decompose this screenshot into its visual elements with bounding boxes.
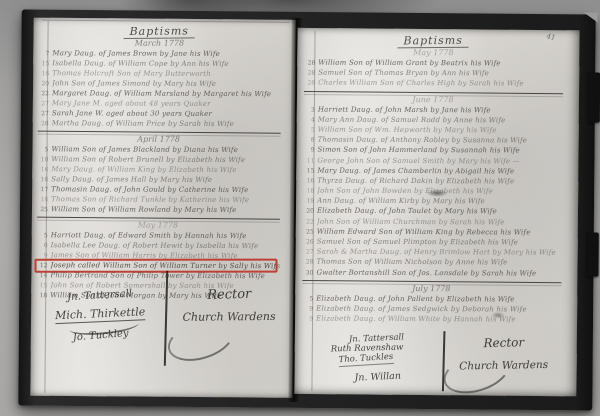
register-entry: 28Thomas Son of William Nicholson by Ann… — [302, 257, 562, 268]
role-label-rector: Rector — [173, 286, 285, 304]
entry-day-number: 9 — [301, 315, 316, 325]
signature: Jn. Willan — [354, 372, 401, 384]
entry-text: Elizabeth Daug. of John Toulet by Mary h… — [317, 206, 562, 217]
entry-text: George John Son of Samuel Smith by Mary … — [317, 155, 562, 166]
role-label-church-wardens: Church Wardens — [173, 310, 285, 324]
signature: Jn. Tattersall — [67, 288, 133, 304]
signature-column: Jn. Tattersall Mich. Thirkettle Jo. Tuck… — [55, 268, 173, 269]
section-rule-line — [302, 280, 561, 283]
attestation-block: Jn. Tattersall Ruth Ravenshaw Tho. Tuckl… — [324, 330, 561, 394]
register-entry: 25William Son of William Rowland by Mary… — [36, 204, 280, 215]
register-book: Baptisms March 1778 7Mary Daug. of James… — [18, 10, 595, 411]
signature: Tho. Tuckles — [338, 353, 393, 367]
right-page-content: Baptisms May 1778 28William Son of Willi… — [295, 28, 580, 326]
section-rule-line — [38, 131, 281, 134]
signature-divider-line — [164, 271, 168, 366]
entry-text: Thomas Son of William Nicholson by Anne … — [317, 257, 562, 268]
entry-text: Elizabeth Daug. of William White by Hann… — [316, 314, 561, 325]
register-entry: 11George John Son of Samuel Smith by Mar… — [302, 155, 562, 166]
entry-list: 5William Son of James Blackland by Diana… — [36, 144, 281, 216]
entry-day-number: 28 — [303, 79, 318, 89]
entry-list: 7Mary Daug. of James Brown by Jane his W… — [37, 48, 282, 130]
left-page-content: Baptisms March 1778 7Mary Daug. of James… — [31, 18, 295, 302]
register-entry: 9Simon Son of John Hammerland by Susanna… — [303, 145, 563, 156]
entry-text: William Son of William Rowland by Mary h… — [51, 204, 280, 215]
register-entry: 9Elizabeth Daug. of William White by Han… — [301, 314, 561, 325]
left-page: Baptisms March 1778 7Mary Daug. of James… — [30, 18, 295, 398]
entry-text: Gwalter Bortanshill Son of Jos. Lonsdale… — [316, 267, 561, 278]
entry-day-number: 28 — [37, 119, 52, 129]
book-clasp-icon — [586, 232, 598, 276]
month-header: March 1778 — [37, 38, 281, 47]
entry-day-number: 18 — [35, 291, 50, 301]
month-header: May 1778 — [36, 220, 280, 229]
entry-day-number: 25 — [36, 205, 51, 215]
register-entry: 28Charles William Son of Charles High by… — [303, 78, 563, 89]
month-header: July 1778 — [301, 284, 561, 293]
worn-corner — [584, 12, 598, 22]
register-entry: 28Martha Daug. of William Price by Sarah… — [37, 118, 281, 129]
role-column: Rector Church Wardens — [173, 287, 285, 324]
page-number: 41 — [546, 32, 556, 41]
register-entry: 30Gwalter Bortanshill Son of Jos. Lonsda… — [301, 267, 561, 278]
register-entry: 20Elizabeth Daug. of John Toulet by Mary… — [302, 206, 562, 217]
month-header: May 1778 — [303, 48, 563, 57]
photo-backdrop: Baptisms March 1778 7Mary Daug. of James… — [0, 0, 600, 416]
entry-list: 28William Son of William Grant by Beatri… — [303, 57, 563, 90]
attestation-block: Jn. Tattersall Mich. Thirkettle Jo. Tuck… — [55, 268, 288, 370]
month-header: April 1778 — [37, 134, 281, 143]
role-label-rector: Rector — [449, 334, 559, 351]
month-header: June 1778 — [303, 94, 563, 103]
entry-list: 3Harriett Daug. of John Marsh by Jane hi… — [301, 104, 563, 279]
section-rule-line — [304, 91, 563, 94]
entry-text: Simon Son of John Hammerland by Susannah… — [318, 145, 563, 156]
entry-text: Martha Daug. of William Price by Sarah h… — [52, 118, 281, 129]
section-rule-line — [37, 217, 280, 220]
entry-day-number: 30 — [301, 268, 316, 278]
book-clasp-icon — [588, 72, 600, 122]
entry-list: 5Elizabeth Daug. of John Pallent by Eliz… — [301, 293, 561, 326]
right-page: 41 Baptisms May 1778 28William Son of Wi… — [294, 28, 579, 396]
entry-text: Charles William Son of Charles High by S… — [318, 78, 563, 89]
page-title: Baptisms — [398, 35, 469, 49]
page-title: Baptisms — [124, 25, 195, 39]
entry-text: Harriett Daug. of John Marsh by Jane his… — [318, 104, 563, 115]
signature-column: Jn. Tattersall Ruth Ravenshaw Tho. Tuckl… — [325, 330, 443, 331]
